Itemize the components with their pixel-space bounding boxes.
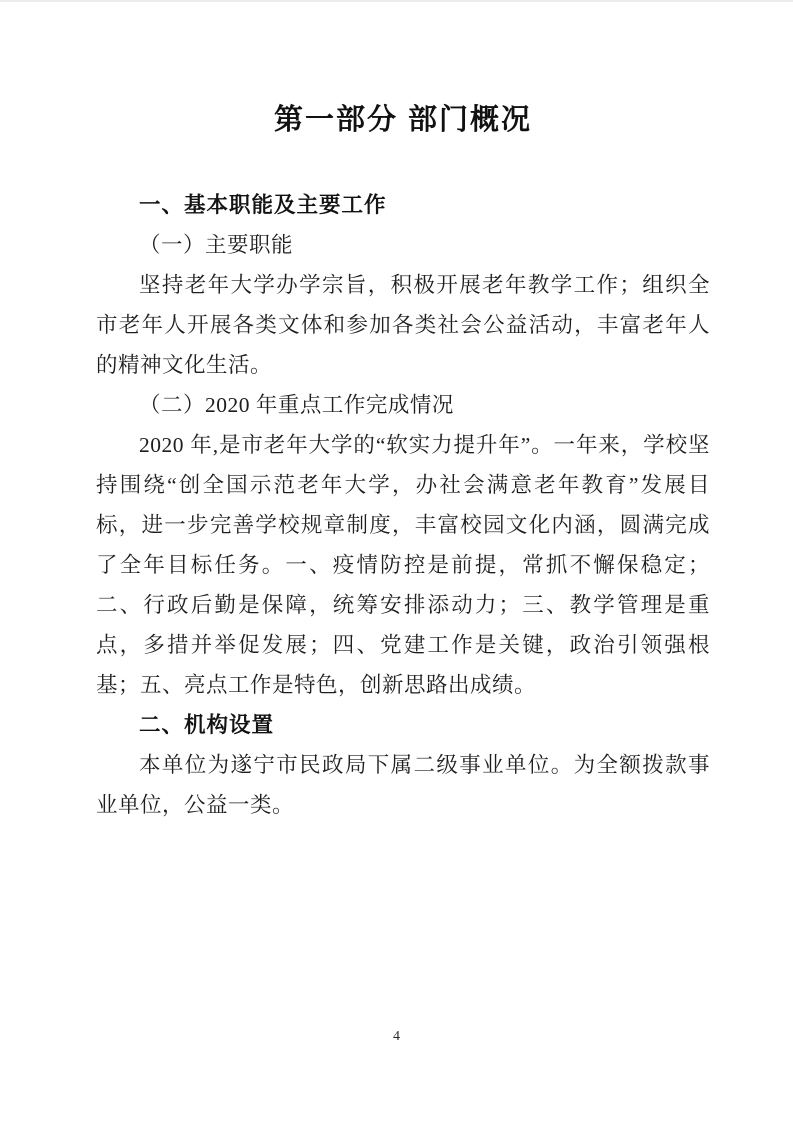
- paragraph-organization-setup: 本单位为遂宁市民政局下属二级事业单位。为全额拨款事业单位，公益一类。: [96, 745, 710, 825]
- heading-basic-functions-and-main-work: 一、基本职能及主要工作: [96, 185, 710, 225]
- subheading-main-functions: （一）主要职能: [96, 225, 710, 265]
- subheading-2020-key-work-completion: （二）2020 年重点工作完成情况: [96, 385, 710, 425]
- page-number: 4: [0, 1028, 793, 1046]
- document-body: 一、基本职能及主要工作 （一）主要职能 坚持老年大学办学宗旨，积极开展老年教学工…: [96, 185, 710, 825]
- paragraph-2020-key-work-completion: 2020 年,是市老年大学的“软实力提升年”。一年来，学校坚持围绕“创全国示范老…: [96, 425, 710, 705]
- document-title: 第一部分 部门概况: [96, 100, 710, 140]
- paragraph-main-functions: 坚持老年大学办学宗旨，积极开展老年教学工作；组织全市老年人开展各类文体和参加各类…: [96, 265, 710, 385]
- document-page: 第一部分 部门概况 一、基本职能及主要工作 （一）主要职能 坚持老年大学办学宗旨…: [0, 0, 793, 1122]
- heading-organization-setup: 二、机构设置: [96, 705, 710, 745]
